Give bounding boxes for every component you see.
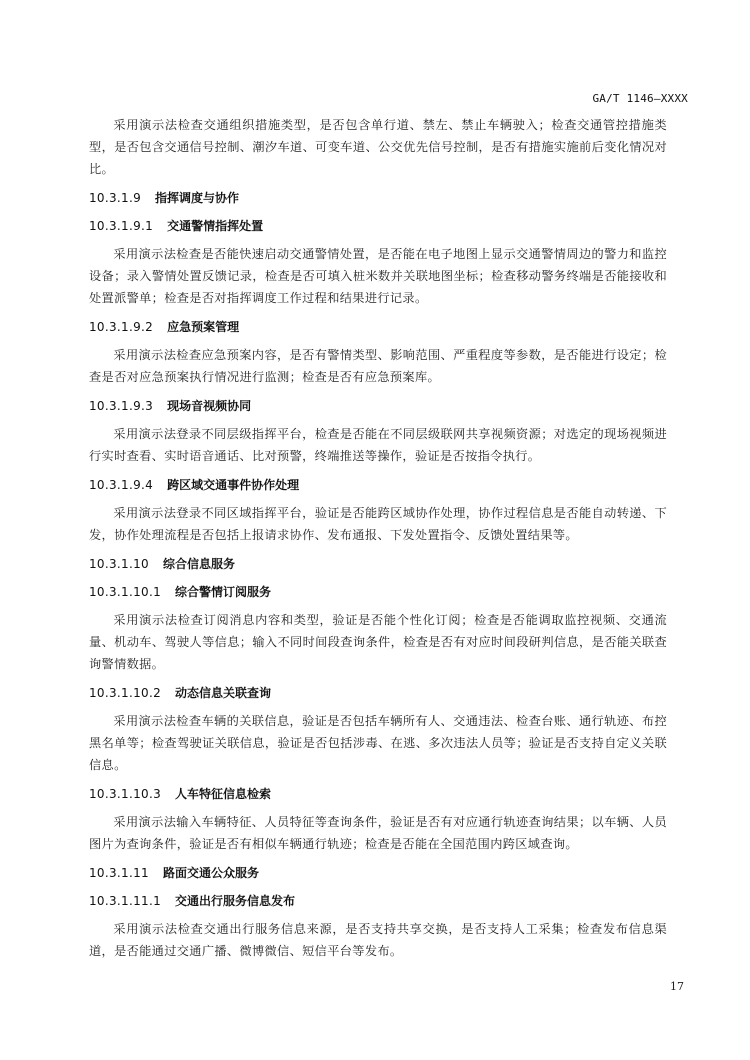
section-number: 10.3.1.9 bbox=[89, 191, 141, 205]
section-title: 应急预案管理 bbox=[167, 320, 239, 334]
section-number: 10.3.1.9.2 bbox=[89, 320, 153, 334]
document-code: GA/T 1146—XXXX bbox=[592, 92, 688, 105]
section-heading: 10.3.1.9.2应急预案管理 bbox=[89, 316, 667, 338]
paragraph: 采用演示法检查车辆的关联信息，验证是否包括车辆所有人、交通违法、检查台账、通行轨… bbox=[89, 710, 667, 776]
section-heading: 10.3.1.10综合信息服务 bbox=[89, 553, 667, 575]
section-title: 交通出行服务信息发布 bbox=[175, 894, 295, 908]
section-heading: 10.3.1.9.4跨区域交通事件协作处理 bbox=[89, 474, 667, 496]
section-number: 10.3.1.10.3 bbox=[89, 787, 161, 801]
paragraph: 采用演示法检查订阅消息内容和类型，验证是否能个性化订阅；检查是否能调取监控视频、… bbox=[89, 609, 667, 675]
section-heading: 10.3.1.9.1交通警情指挥处置 bbox=[89, 215, 667, 237]
section-title: 动态信息关联查询 bbox=[175, 686, 271, 700]
section-heading: 10.3.1.10.2动态信息关联查询 bbox=[89, 682, 667, 704]
page-number: 17 bbox=[670, 980, 684, 993]
section-heading: 10.3.1.10.3人车特征信息检索 bbox=[89, 783, 667, 805]
section-number: 10.3.1.9.4 bbox=[89, 478, 153, 492]
section-number: 10.3.1.10.1 bbox=[89, 585, 161, 599]
section-number: 10.3.1.11.1 bbox=[89, 894, 161, 908]
section-number: 10.3.1.10.2 bbox=[89, 686, 161, 700]
section-heading: 10.3.1.11.1交通出行服务信息发布 bbox=[89, 890, 667, 912]
section-heading: 10.3.1.9指挥调度与协作 bbox=[89, 187, 667, 209]
section-title: 跨区域交通事件协作处理 bbox=[167, 478, 299, 492]
section-number: 10.3.1.9.1 bbox=[89, 219, 153, 233]
section-title: 路面交通公众服务 bbox=[163, 866, 259, 880]
document-body: 采用演示法检查交通组织措施类型，是否包含单行道、禁左、禁止车辆驶入；检查交通管控… bbox=[89, 114, 667, 969]
section-title: 人车特征信息检索 bbox=[175, 787, 271, 801]
section-heading: 10.3.1.10.1综合警情订阅服务 bbox=[89, 581, 667, 603]
section-title: 现场音视频协同 bbox=[167, 399, 251, 413]
section-number: 10.3.1.10 bbox=[89, 557, 149, 571]
section-number: 10.3.1.11 bbox=[89, 866, 149, 880]
section-title: 交通警情指挥处置 bbox=[167, 219, 263, 233]
paragraph: 采用演示法登录不同区域指挥平台，验证是否能跨区域协作处理，协作过程信息是否能自动… bbox=[89, 502, 667, 546]
paragraph: 采用演示法输入车辆特征、人员特征等查询条件，验证是否有对应通行轨迹查询结果；以车… bbox=[89, 811, 667, 855]
section-title: 指挥调度与协作 bbox=[155, 191, 239, 205]
paragraph: 采用演示法检查应急预案内容，是否有警情类型、影响范围、严重程度等参数，是否能进行… bbox=[89, 344, 667, 388]
paragraph: 采用演示法检查交通出行服务信息来源，是否支持共享交换，是否支持人工采集；检查发布… bbox=[89, 918, 667, 962]
section-heading: 10.3.1.11路面交通公众服务 bbox=[89, 862, 667, 884]
section-title: 综合警情订阅服务 bbox=[175, 585, 271, 599]
section-title: 综合信息服务 bbox=[163, 557, 235, 571]
paragraph: 采用演示法检查交通组织措施类型，是否包含单行道、禁左、禁止车辆驶入；检查交通管控… bbox=[89, 114, 667, 180]
paragraph: 采用演示法检查是否能快速启动交通警情处置，是否能在电子地图上显示交通警情周边的警… bbox=[89, 243, 667, 309]
section-number: 10.3.1.9.3 bbox=[89, 399, 153, 413]
paragraph: 采用演示法登录不同层级指挥平台，检查是否能在不同层级联网共享视频资源；对选定的现… bbox=[89, 423, 667, 467]
section-heading: 10.3.1.9.3现场音视频协同 bbox=[89, 395, 667, 417]
